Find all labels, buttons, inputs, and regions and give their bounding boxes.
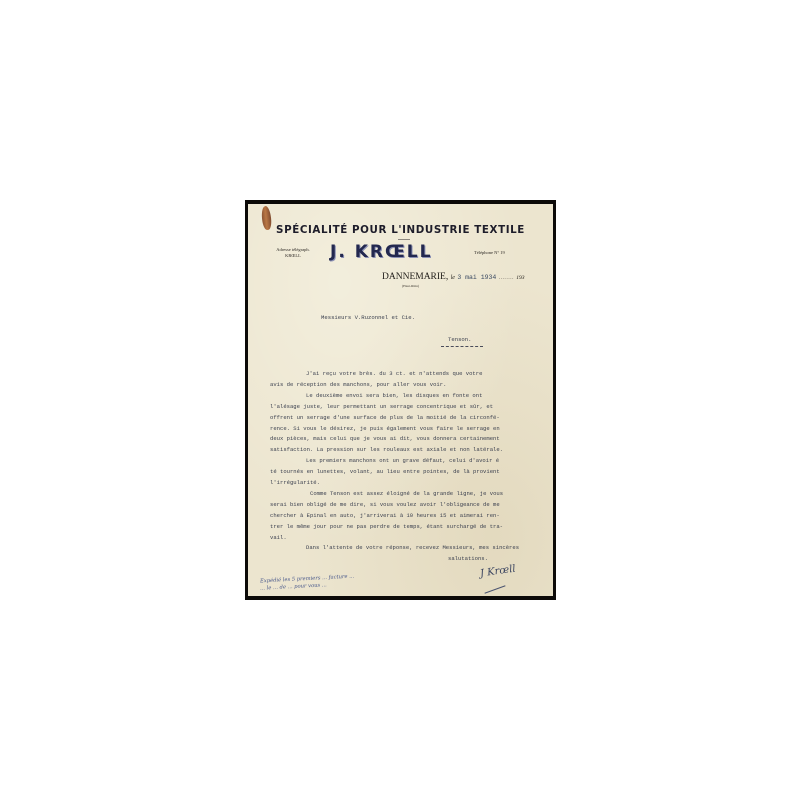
town-underline <box>441 346 483 347</box>
region: (Haut-Rhin) <box>402 284 419 288</box>
city: DANNEMARIE, <box>382 272 448 282</box>
letter-line: salutations. <box>448 555 488 562</box>
letter-paper: SPÉCIALITÉ POUR L'INDUSTRIE TEXTILE Adre… <box>248 204 553 596</box>
addressee-town: Tenson. <box>448 336 472 343</box>
date-prefix: le <box>451 275 455 281</box>
place-date-line: DANNEMARIE, le 3 mai 1934 ........ 193 <box>382 272 525 282</box>
letter-date: 3 mai 1934 <box>457 274 496 281</box>
letter-line: J'ai reçu votre brès. du 3 ct. et n'atte… <box>306 370 482 377</box>
signature: J Krœll <box>479 564 516 580</box>
document-scan-frame: SPÉCIALITÉ POUR L'INDUSTRIE TEXTILE Adre… <box>245 200 556 600</box>
telephone-number: Téléphone N° 19 <box>474 250 505 255</box>
letter-line: avis de réception des manchons, pour all… <box>270 381 446 388</box>
telegraph-value: KRŒLL <box>268 253 318 259</box>
letter-line: Les premiers manchons ont un grave défau… <box>306 457 499 464</box>
letter-line: Le deuxième envoi sera bien, les disques… <box>306 392 482 399</box>
letter-line: chercher à Epinal en auto, j'arriverai à… <box>270 512 500 519</box>
letter-line: Dans l'attente de votre réponse, recevez… <box>306 544 519 551</box>
letter-line: satisfaction. La pression sur les roulea… <box>270 446 503 453</box>
letter-line: té tournés en lunettes, volant, au lieu … <box>270 468 500 475</box>
signature-flourish <box>484 585 505 593</box>
date-dots: ........ <box>499 275 514 281</box>
letterhead-specialty: SPÉCIALITÉ POUR L'INDUSTRIE TEXTILE <box>248 224 553 236</box>
letter-line: serai bien obligé de me dire, si vous vo… <box>270 501 500 508</box>
year-suffix: 193 <box>516 275 524 281</box>
divider <box>398 239 410 240</box>
telegraph-address: Adresse télégraph. KRŒLL <box>268 247 318 259</box>
letter-line: vail. <box>270 534 287 541</box>
letter-line: rence. Si vous le désirez, je puis égale… <box>270 425 500 432</box>
letter-line: l'alésage juste, leur permettant un serr… <box>270 403 493 410</box>
company-name: J. KRŒLL <box>330 242 432 262</box>
letter-line: trer le même jour pour ne pas perdre de … <box>270 523 503 530</box>
letter-line: l'irrégularité. <box>270 479 320 486</box>
addressee: Messieurs V.Ruzonnel et Cie. <box>321 314 415 321</box>
letter-line: offrent un serrage d'une surface de plus… <box>270 414 500 421</box>
letter-line: deux pièces, mais celui que je vous ai d… <box>270 435 500 442</box>
letter-line: Comme Tenson est assez éloigné de la gra… <box>310 490 503 497</box>
